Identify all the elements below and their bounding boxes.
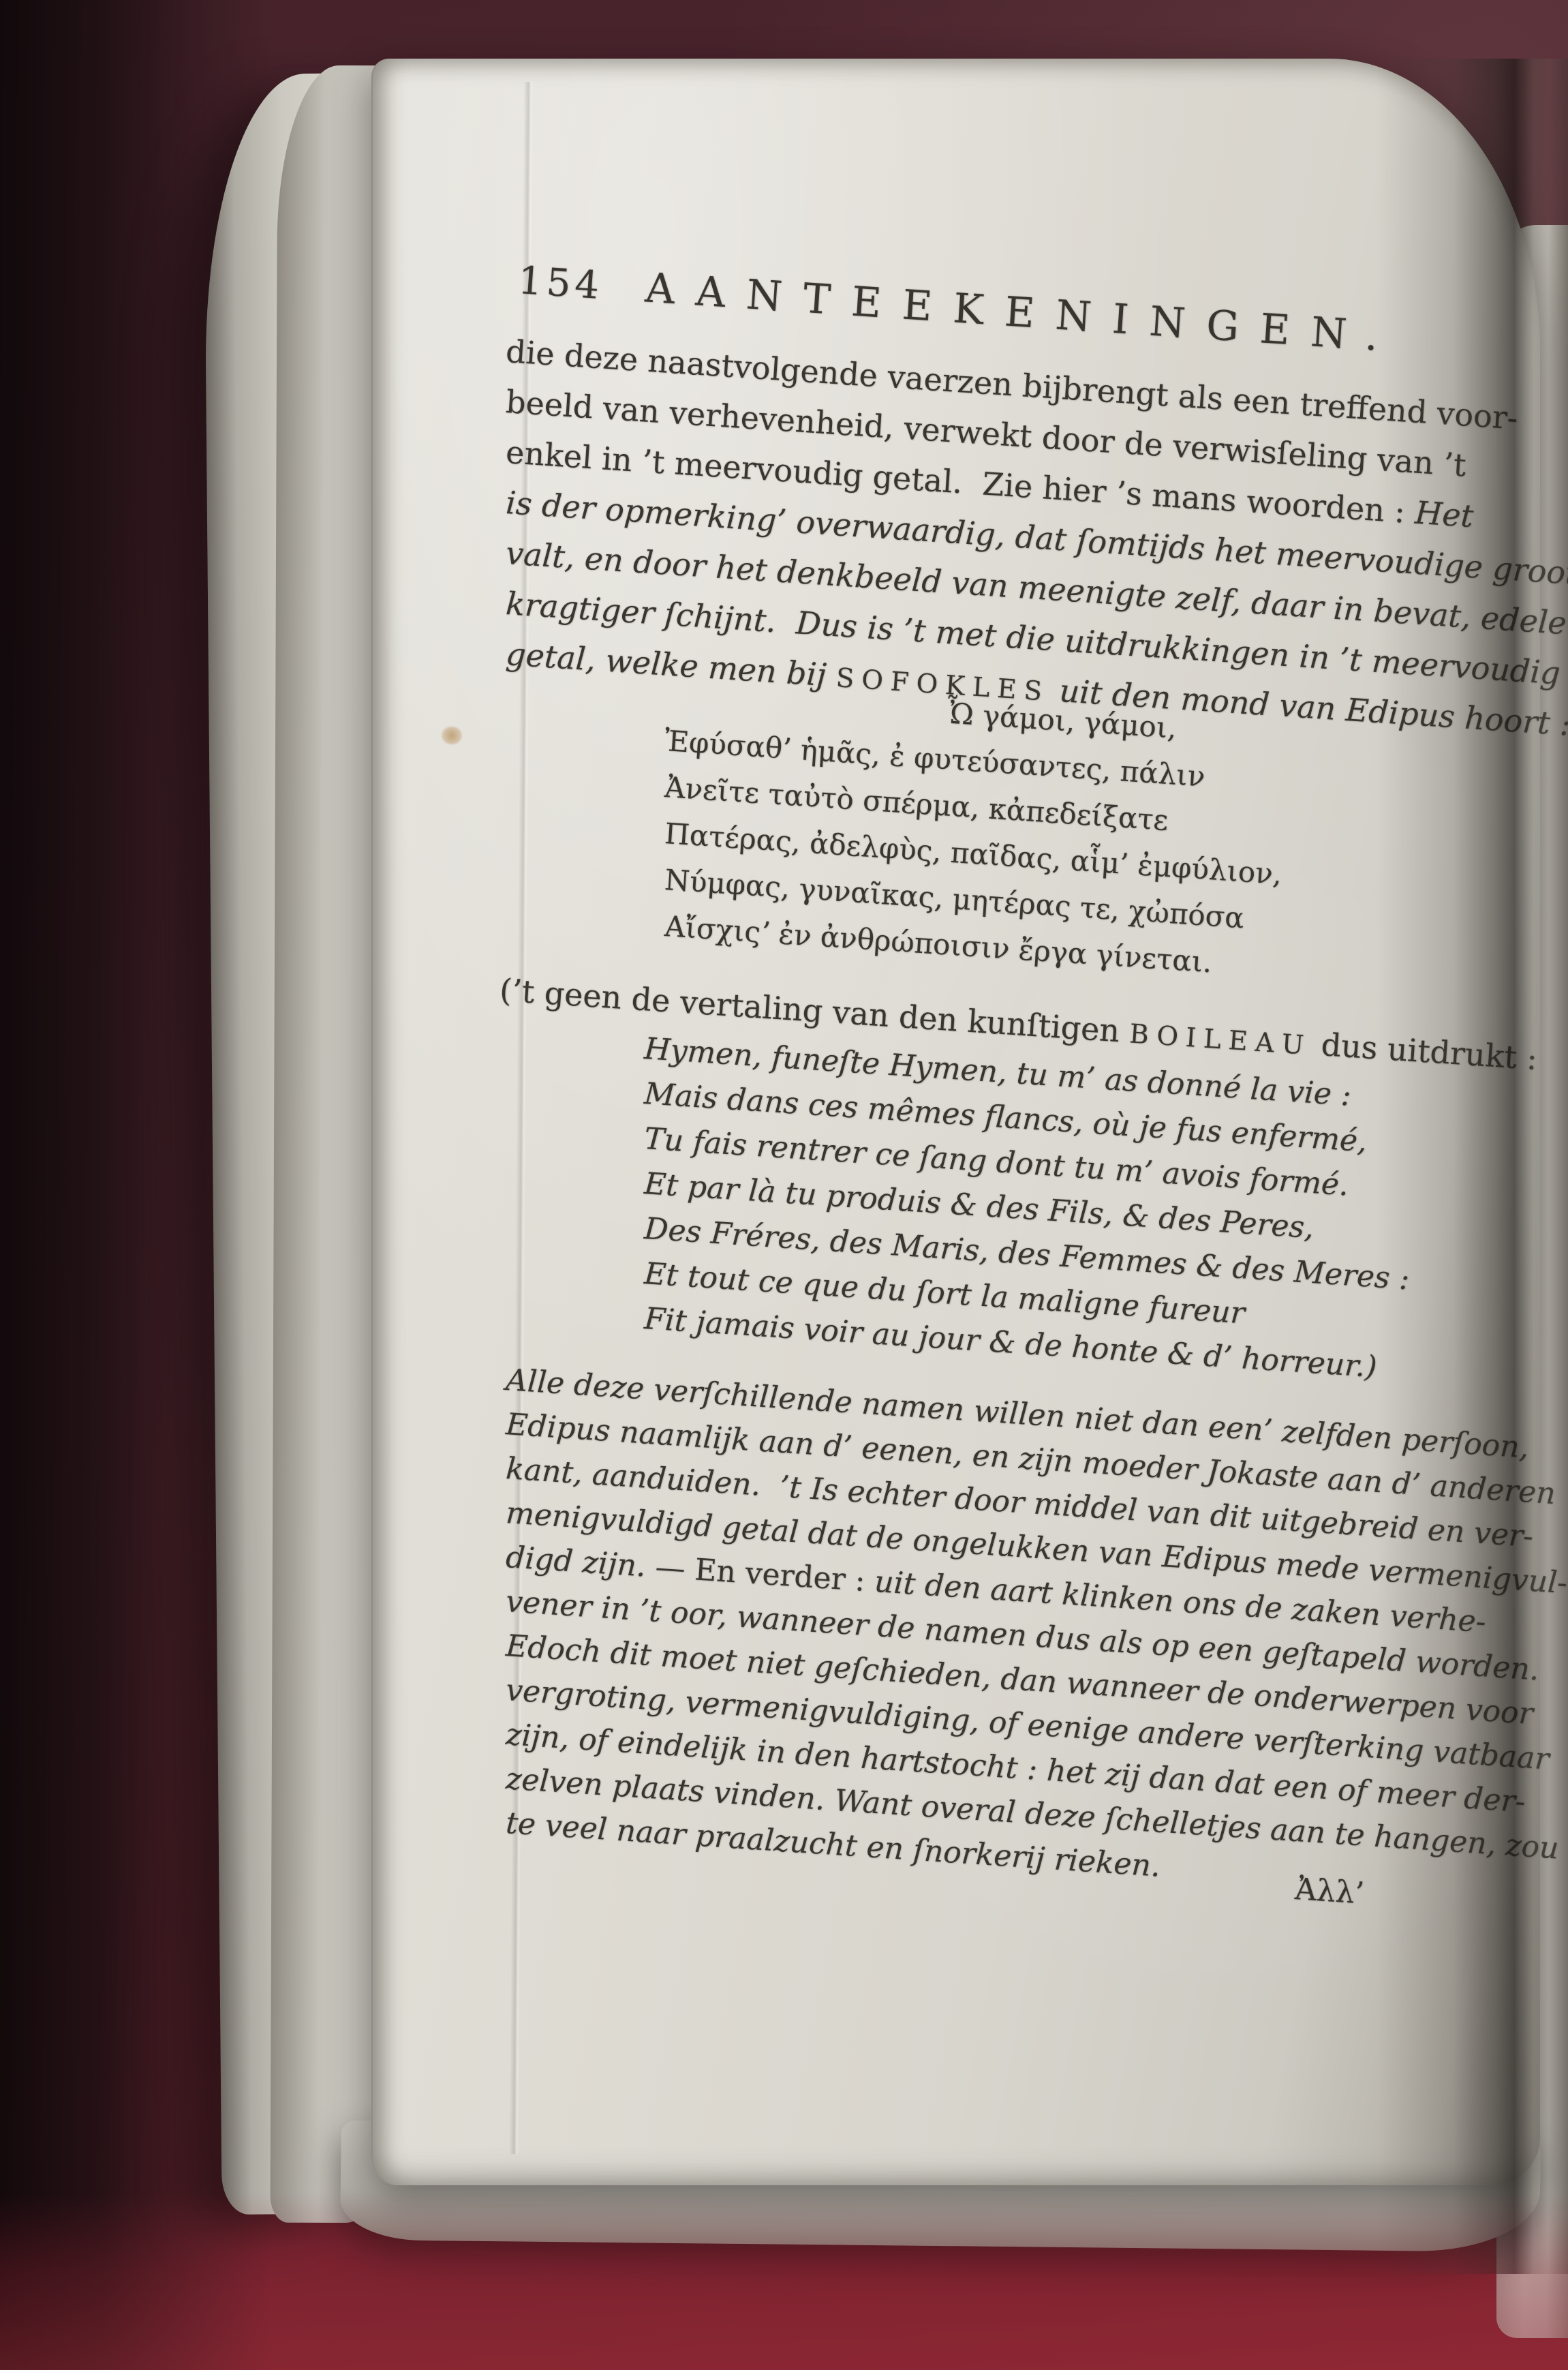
table-bottom-highlight (0, 2193, 1568, 2370)
book-page (371, 59, 1540, 2185)
foxing-spot (442, 727, 462, 744)
book-photo-scene: 154AANTEEKENINGEN.die deze naastvolgende… (0, 0, 1568, 2370)
